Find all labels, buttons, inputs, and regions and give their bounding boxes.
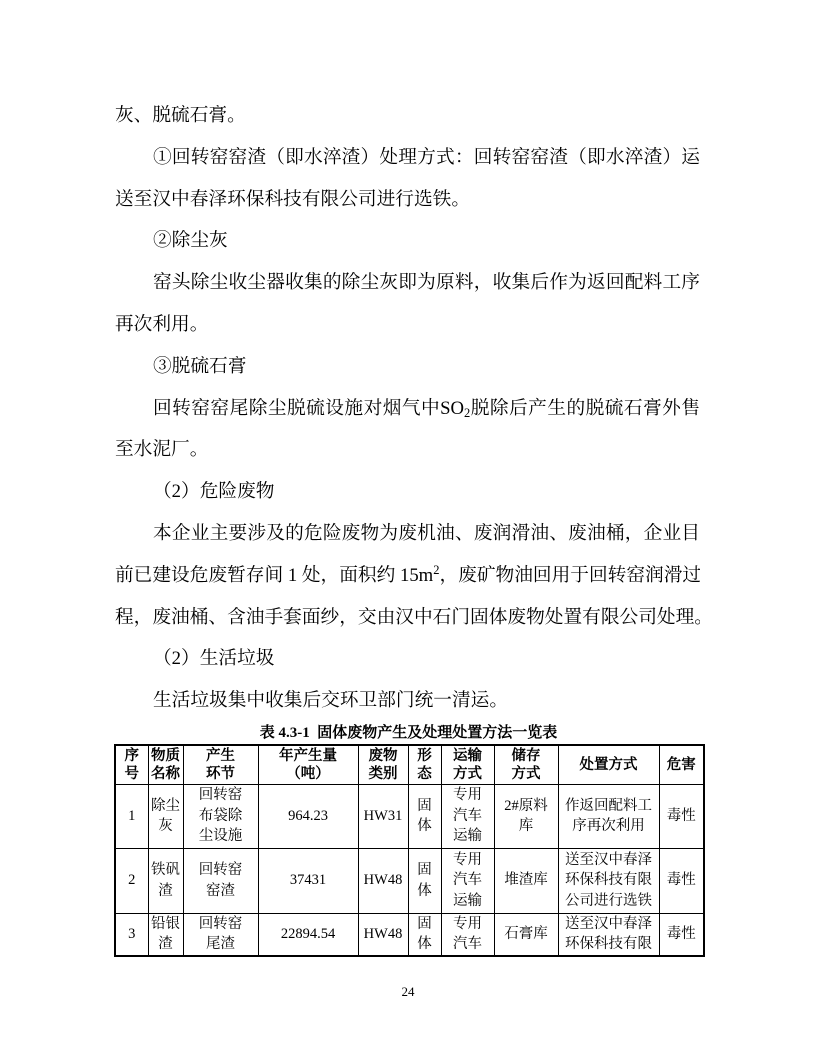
table-cell: 固 体: [408, 784, 441, 848]
table-cell: 回转窑 窑渣: [183, 848, 258, 913]
table-header-cell: 序 号: [115, 745, 148, 784]
text-line: 再次利用。: [115, 304, 700, 346]
table-cell: 固 体: [408, 848, 441, 913]
text-line: （2）危险废物: [115, 471, 700, 513]
text-line: 回转窑窑尾除尘脱硫设施对烟气中SO2脱除后产生的脱硫石膏外售: [115, 388, 700, 430]
table-cell: 毒性: [659, 913, 704, 956]
table-cell: 固 体: [408, 913, 441, 956]
table-header-cell: 年产生量 （吨）: [258, 745, 358, 784]
text-segment: ，废矿物油回用于回转窑润滑过: [439, 565, 700, 586]
page-number: 24: [0, 984, 816, 1000]
table-header-cell: 运输 方式: [441, 745, 494, 784]
text-line: 程，废油桶、含油手套面纱，交由汉中石门固体废物处置有限公司处理。: [115, 597, 700, 639]
table-header-cell: 处置方式: [558, 745, 659, 784]
text-line: （2）生活垃圾: [115, 638, 700, 680]
table-header-row: 序 号 物质 名称 产生 环节 年产生量 （吨） 废物 类别 形 态 运输 方式…: [115, 745, 704, 784]
text-line: ②除尘灰: [115, 220, 700, 262]
table-header-cell: 储存 方式: [494, 745, 558, 784]
table-cell: 专用 汽车 运输: [441, 784, 494, 848]
text-segment: 前已建设危废暂存间 1 处，面积约 15m: [115, 565, 433, 586]
table-cell: 专用 汽车 运输: [441, 848, 494, 913]
table-header-cell: 废物 类别: [358, 745, 408, 784]
solid-waste-table: 序 号 物质 名称 产生 环节 年产生量 （吨） 废物 类别 形 态 运输 方式…: [114, 744, 705, 957]
table-cell: 964.23: [258, 784, 358, 848]
table-cell: 回转窑 尾渣: [183, 913, 258, 956]
table-cell: HW48: [358, 848, 408, 913]
table-row: 2 铁矾 渣 回转窑 窑渣 37431 HW48 固 体 专用 汽车 运输 堆渣…: [115, 848, 704, 913]
body-text: 灰、脱硫石膏。 ①回转窑窑渣（即水淬渣）处理方式：回转窑窑渣（即水淬渣）运 送至…: [115, 95, 700, 722]
table-cell: 22894.54: [258, 913, 358, 956]
table-cell: 石膏库: [494, 913, 558, 956]
table-row: 1 除尘 灰 回转窑 布袋除 尘设施 964.23 HW31 固 体 专用 汽车…: [115, 784, 704, 848]
table-cell: 回转窑 布袋除 尘设施: [183, 784, 258, 848]
table-block: 表 4.3-1 固体废物产生及处理处置方法一览表 序 号 物质 名称 产生 环节…: [114, 722, 703, 957]
table-cell: 铁矾 渣: [148, 848, 183, 913]
text-line: 至水泥厂。: [115, 429, 700, 471]
text-segment: 回转窑窑尾除尘脱硫设施对烟气中SO: [153, 398, 464, 419]
text-line: 本企业主要涉及的危险废物为废机油、废润滑油、废油桶，企业目: [115, 513, 700, 555]
table-cell: 铅银 渣: [148, 913, 183, 956]
table-cell: 2#原料 库: [494, 784, 558, 848]
table-cell: HW31: [358, 784, 408, 848]
table-cell: 专用 汽车: [441, 913, 494, 956]
text-line: 送至汉中春泽环保科技有限公司进行选铁。: [115, 179, 700, 221]
text-line: 窑头除尘收尘器收集的除尘灰即为原料，收集后作为返回配料工序: [115, 262, 700, 304]
table-caption: 表 4.3-1 固体废物产生及处理处置方法一览表: [114, 722, 703, 744]
table-cell: 送至汉中春泽 环保科技有限 公司进行选铁: [558, 848, 659, 913]
table-header-cell: 形 态: [408, 745, 441, 784]
subscript-2: 2: [464, 406, 470, 420]
text-line: ①回转窑窑渣（即水淬渣）处理方式：回转窑窑渣（即水淬渣）运: [115, 137, 700, 179]
text-line: 前已建设危废暂存间 1 处，面积约 15m2，废矿物油回用于回转窑润滑过: [115, 555, 700, 597]
table-header-cell: 危害: [659, 745, 704, 784]
table-cell: 除尘 灰: [148, 784, 183, 848]
table-header-cell: 产生 环节: [183, 745, 258, 784]
table-cell: HW48: [358, 913, 408, 956]
table-cell: 3: [115, 913, 148, 956]
table-cell: 毒性: [659, 784, 704, 848]
table-cell: 37431: [258, 848, 358, 913]
table-cell: 1: [115, 784, 148, 848]
table-cell: 毒性: [659, 848, 704, 913]
text-segment: 脱除后产生的脱硫石膏外售: [470, 398, 700, 419]
text-line: 生活垃圾集中收集后交环卫部门统一清运。: [115, 680, 700, 722]
table-header-cell: 物质 名称: [148, 745, 183, 784]
text-line: ③脱硫石膏: [115, 346, 700, 388]
table-cell: 送至汉中春泽 环保科技有限: [558, 913, 659, 956]
table-cell: 作返回配料工 序再次利用: [558, 784, 659, 848]
table-cell: 2: [115, 848, 148, 913]
document-page: 灰、脱硫石膏。 ①回转窑窑渣（即水淬渣）处理方式：回转窑窑渣（即水淬渣）运 送至…: [0, 0, 816, 1056]
superscript-2: 2: [433, 563, 439, 577]
text-line: 灰、脱硫石膏。: [115, 95, 700, 137]
table-cell: 堆渣库: [494, 848, 558, 913]
table-row: 3 铅银 渣 回转窑 尾渣 22894.54 HW48 固 体 专用 汽车 石膏…: [115, 913, 704, 956]
